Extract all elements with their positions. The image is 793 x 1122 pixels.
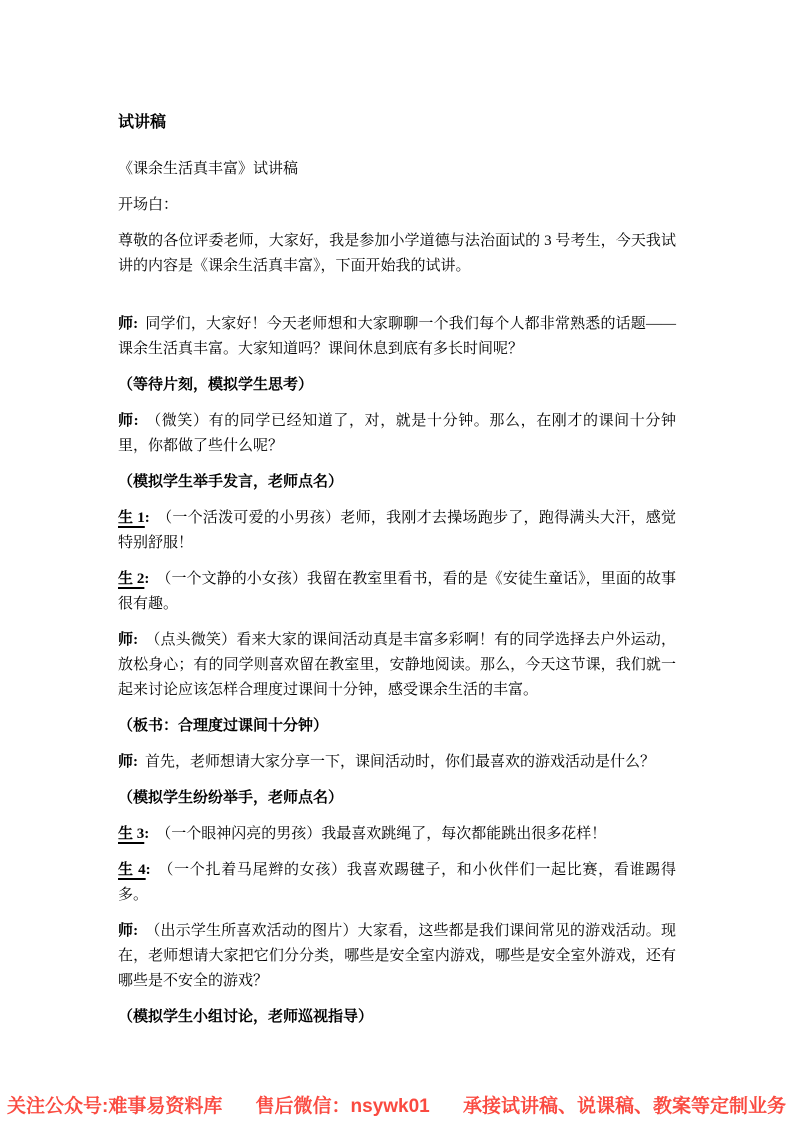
dialog-text: （一个扎着马尾辫的女孩）我喜欢踢毽子，和小伙伴们一起比赛，看谁踢得多。 [118,862,676,903]
speaker-colon: : [133,316,138,332]
dialog-text: （一个文静的小女孩）我留在教室里看书，看的是《安徒生童话》，里面的故事很有趣。 [118,571,676,612]
speaker-label: 生 4: [118,862,151,878]
speaker-name: 生 4 [118,862,146,878]
paragraph: 尊敬的各位评委老师，大家好，我是参加小学道德与法治面试的 3 号考生，今天我试讲… [118,229,676,279]
speaker-label: 生 2: [118,571,149,587]
document-content: 试讲稿《课余生活真丰富》试讲稿开场白：尊敬的各位评委老师，大家好，我是参加小学道… [118,110,676,1041]
dialog-paragraph: 生 1:（一个活泼可爱的小男孩）老师，我刚才去操场跑步了，跑得满头大汗，感觉特别… [118,506,676,556]
dialog-text: （点头微笑）看来大家的课间活动真是丰富多彩啊！有的同学选择去户外运动，放松身心；… [118,632,676,698]
speaker-label: 生 3: [118,826,149,842]
dialog-text: （微笑）有的同学已经知道了，对，就是十分钟。那么，在刚才的课间十分钟里，你都做了… [118,413,676,454]
promo-footer: 关注公众号:难事易资料库 售后微信：nsywk01 承接试讲稿、说课稿、教案等定… [0,1095,793,1119]
speaker-name: 师 [118,316,133,332]
speaker-colon: : [144,826,149,842]
dialog-paragraph: 师:（出示学生所喜欢活动的图片）大家看，这些都是我们课间常见的游戏活动。现在，老… [118,919,676,994]
dialog-text: （一个眼神闪亮的男孩）我最喜欢跳绳了，每次都能跳出很多花样！ [156,826,606,842]
dialog-text: 同学们，大家好！今天老师想和大家聊聊一个我们每个人都非常熟悉的话题——课余生活真… [118,316,676,357]
speaker-name: 生 2 [118,571,144,587]
speaker-colon: : [146,862,151,878]
dialog-paragraph: 师:首先，老师想请大家分享一下，课间活动时，你们最喜欢的游戏活动是什么？ [118,750,676,775]
speaker-colon: : [145,510,150,526]
speaker-colon: : [144,571,149,587]
promo-footer-segment-wechat: 售后微信：nsywk01 [256,1095,430,1119]
promo-footer-segment-services: 承接试讲稿、说课稿、教案等定制业务 [463,1095,786,1119]
stage-direction: （板书：合理度过课间十分钟） [118,714,676,739]
dialog-paragraph: 生 3:（一个眼神闪亮的男孩）我最喜欢跳绳了，每次都能跳出很多花样！ [118,822,676,847]
paragraph: 《课余生活真丰富》试讲稿 [118,157,676,182]
stage-direction: （模拟学生举手发言，老师点名） [118,470,676,495]
speaker-name: 师 [118,923,133,939]
stage-direction: （模拟学生纷纷举手，老师点名） [118,786,676,811]
dialog-paragraph: 生 2:（一个文静的小女孩）我留在教室里看书，看的是《安徒生童话》，里面的故事很… [118,567,676,617]
stage-direction: （等待片刻，模拟学生思考） [118,373,676,398]
speaker-name: 师 [118,632,133,648]
dialog-paragraph: 生 4:（一个扎着马尾辫的女孩）我喜欢踢毽子，和小伙伴们一起比赛，看谁踢得多。 [118,858,676,908]
speaker-label: 师: [118,923,138,939]
speaker-colon: : [134,413,139,429]
stage-direction: （模拟学生小组讨论，老师巡视指导） [118,1005,676,1030]
paragraph: 开场白： [118,193,676,218]
dialog-paragraph: 师:（微笑）有的同学已经知道了，对，就是十分钟。那么，在刚才的课间十分钟里，你都… [118,409,676,459]
speaker-name: 生 3 [118,826,144,842]
speaker-name: 师 [118,413,134,429]
dialog-text: （出示学生所喜欢活动的图片）大家看，这些都是我们课间常见的游戏活动。现在，老师想… [118,923,676,989]
document-page: 试讲稿《课余生活真丰富》试讲稿开场白：尊敬的各位评委老师，大家好，我是参加小学道… [0,0,793,1122]
speaker-name: 师 [118,754,133,770]
speaker-colon: : [133,923,138,939]
document-title: 试讲稿 [118,110,676,135]
speaker-colon: : [133,754,138,770]
speaker-label: 生 1: [118,510,150,526]
speaker-name: 生 1 [118,510,145,526]
speaker-label: 师: [118,754,138,770]
speaker-label: 师: [118,413,139,429]
promo-footer-segment-account: 关注公众号:难事易资料库 [7,1095,222,1119]
dialog-text: （一个活泼可爱的小男孩）老师，我刚才去操场跑步了，跑得满头大汗，感觉特别舒服！ [118,510,676,551]
speaker-colon: : [133,632,138,648]
dialog-paragraph: 师:同学们，大家好！今天老师想和大家聊聊一个我们每个人都非常熟悉的话题——课余生… [118,312,676,362]
speaker-label: 师: [118,632,138,648]
dialog-text: 首先，老师想请大家分享一下，课间活动时，你们最喜欢的游戏活动是什么？ [145,754,655,770]
dialog-paragraph: 师:（点头微笑）看来大家的课间活动真是丰富多彩啊！有的同学选择去户外运动，放松身… [118,628,676,703]
speaker-label: 师: [118,316,138,332]
